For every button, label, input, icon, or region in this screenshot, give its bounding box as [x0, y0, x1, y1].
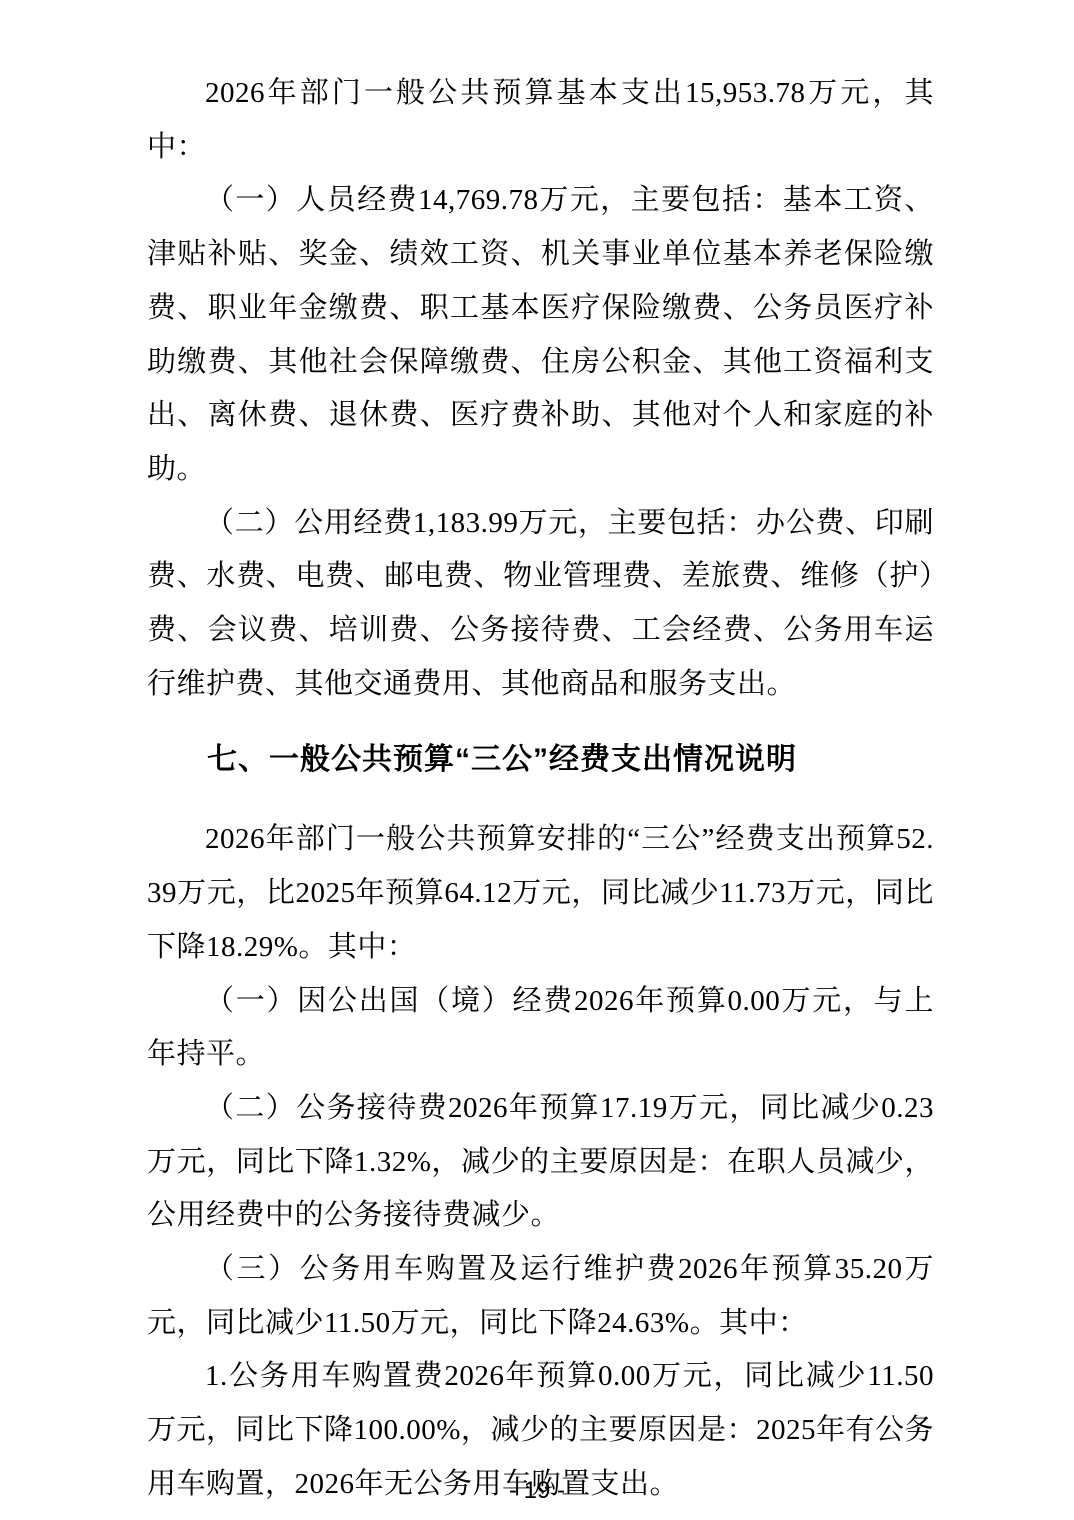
page-number: - 19 - [0, 1478, 1074, 1504]
section-heading-three-public-expenses: 七、一般公共预算“三公”经费支出情况说明 [147, 733, 934, 787]
paragraph-overseas-travel-funds: （一）因公出国（境）经费2026年预算0.00万元，与上年持平。 [147, 975, 934, 1082]
paragraph-official-reception-funds: （二）公务接待费2026年预算17.19万元，同比减少0.23万元，同比下降1.… [147, 1082, 934, 1243]
paragraph-personnel-funds: （一）人员经费14,769.78万元，主要包括：基本工资、津贴补贴、奖金、绩效工… [147, 174, 934, 496]
document-page: 2026年部门一般公共预算基本支出15,953.78万元，其中： （一）人员经费… [0, 0, 1074, 1520]
paragraph-vehicle-purchase-and-maintenance-funds: （三）公务用车购置及运行维护费2026年预算35.20万元，同比减少11.50万… [147, 1243, 934, 1350]
paragraph-basic-expenditure-total: 2026年部门一般公共预算基本支出15,953.78万元，其中： [147, 67, 934, 174]
paragraph-three-public-overview: 2026年部门一般公共预算安排的“三公”经费支出预算52.39万元，比2025年… [147, 813, 934, 974]
paragraph-public-operating-funds: （二）公用经费1,183.99万元，主要包括：办公费、印刷费、水费、电费、邮电费… [147, 497, 934, 712]
document-body: 2026年部门一般公共预算基本支出15,953.78万元，其中： （一）人员经费… [147, 67, 934, 1512]
